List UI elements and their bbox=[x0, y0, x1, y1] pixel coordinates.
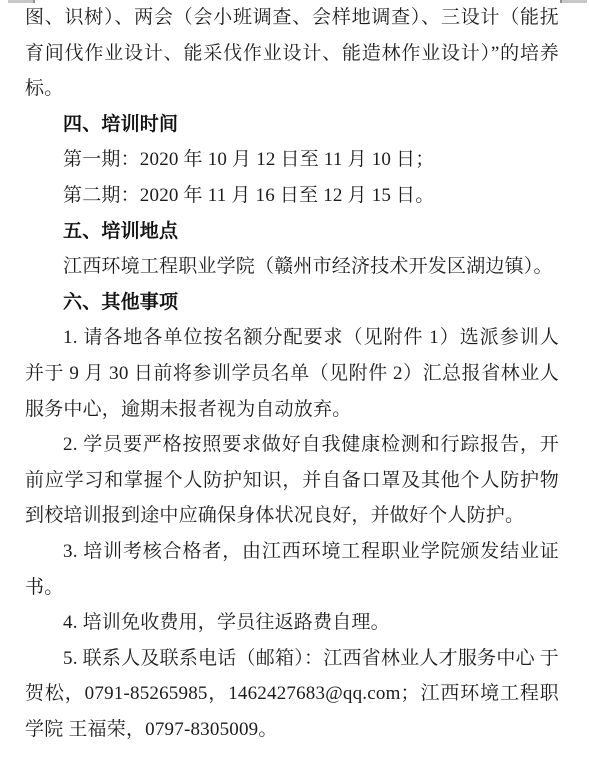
training-location-line: 江西环境工程职业学院（赣州市经济技术开发区湖边镇）。 bbox=[25, 249, 559, 285]
item-3-line: 书。 bbox=[25, 570, 559, 606]
section-heading-training-location: 五、培训地点 bbox=[25, 214, 559, 250]
item-1-line: 1. 请各地各单位按名额分配要求（见附件 1）选派参训人员， bbox=[25, 320, 559, 356]
paragraph-continuation-line: 图、识树）、两会（会小班调查、会样地调查）、三设计（能抚 bbox=[25, 0, 559, 36]
training-session-1-dates: 第一期：2020 年 10 月 12 日至 11 月 10 日； bbox=[25, 142, 559, 178]
paragraph-continuation-line: 育间伐作业设计、能采伐作业设计、能造林作业设计）”的培养目 bbox=[25, 36, 559, 72]
training-session-2-dates: 第二期：2020 年 11 月 16 日至 12 月 15 日。 bbox=[25, 178, 559, 214]
item-2-line: 到校培训报到途中应确保身体状况良好，并做好个人防护。 bbox=[25, 498, 559, 534]
item-2-line: 2. 学员要严格按照要求做好自我健康检测和行踪报告，开班 bbox=[25, 427, 559, 463]
section-heading-training-time: 四、培训时间 bbox=[25, 107, 559, 143]
item-2-line: 前应学习和掌握个人防护知识，并自备口罩及其他个人防护物品。 bbox=[25, 463, 559, 499]
item-1-line: 服务中心，逾期未报者视为自动放弃。 bbox=[25, 392, 559, 428]
item-5-contact-line: 学院 王福荣，0797-8305009。 bbox=[25, 712, 559, 748]
item-4-line: 4. 培训免收费用，学员往返路费自理。 bbox=[25, 605, 559, 641]
cropped-toolbar-fragment-right bbox=[560, 0, 587, 3]
item-3-line: 3. 培训考核合格者，由江西环境工程职业学院颁发结业证 bbox=[25, 534, 559, 570]
paragraph-end-line: 标。 bbox=[25, 71, 559, 107]
document-content: 图、识树）、两会（会小班调查、会样地调查）、三设计（能抚 育间伐作业设计、能采伐… bbox=[25, 0, 559, 747]
item-1-line: 并于 9 月 30 日前将参训学员名单（见附件 2）汇总报省林业人才 bbox=[25, 356, 559, 392]
document-page: 图、识树）、两会（会小班调查、会样地调查）、三设计（能抚 育间伐作业设计、能采伐… bbox=[0, 0, 589, 772]
section-heading-other-matters: 六、其他事项 bbox=[25, 285, 559, 321]
item-5-contact-line: 贺松，0791-85265985，1462427683@qq.com；江西环境工… bbox=[25, 676, 559, 712]
item-5-contact-line: 5. 联系人及联系电话（邮箱）：江西省林业人才服务中心 于 bbox=[25, 641, 559, 677]
